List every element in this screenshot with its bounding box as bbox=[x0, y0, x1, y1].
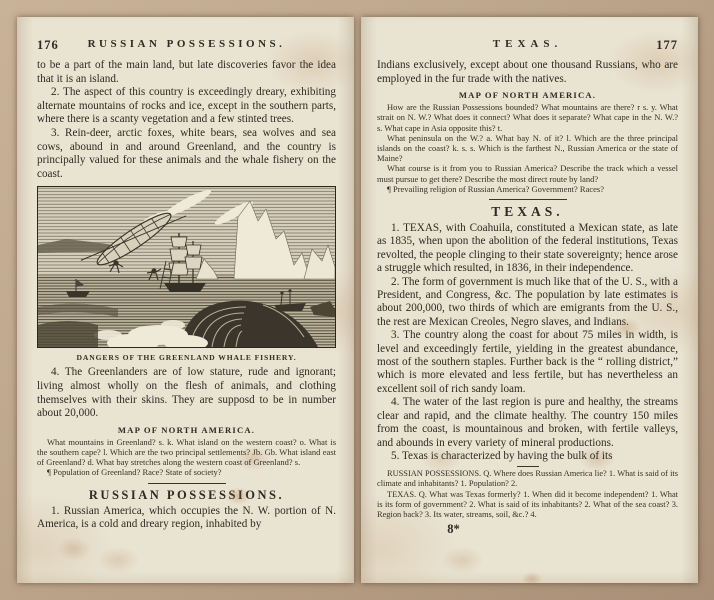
paragraph: 2. The form of government is much like t… bbox=[377, 276, 678, 330]
page-left-header: 176 RUSSIAN POSSESSIONS. bbox=[37, 38, 336, 54]
question-line: ¶ Population of Greenland? Race? State o… bbox=[37, 467, 336, 477]
page-right-header: TEXAS. 177 bbox=[377, 38, 678, 54]
paragraph: 1. TEXAS, with Coahuila, constituted a M… bbox=[377, 222, 678, 276]
paragraph: 2. The aspect of this country is exceedi… bbox=[37, 86, 336, 127]
whale-fishery-engraving-image bbox=[38, 187, 335, 347]
section-divider bbox=[148, 483, 226, 484]
figure-caption: DANGERS OF THE GREENLAND WHALE FISHERY. bbox=[37, 353, 336, 362]
page-number: 177 bbox=[656, 38, 678, 53]
footnote-line: RUSSIAN POSSESSIONS. Q. Where does Russi… bbox=[377, 469, 678, 489]
question-line: ¶ Prevailing religion of Russian America… bbox=[377, 184, 678, 194]
page-number: 176 bbox=[37, 38, 59, 53]
map-questions-heading: MAP OF NORTH AMERICA. bbox=[377, 90, 678, 100]
body-text: 1. Russian America, which occupies the N… bbox=[37, 505, 336, 532]
whale-fishery-figure: DANGERS OF THE GREENLAND WHALE FISHERY. bbox=[37, 186, 336, 362]
body-text: 4. The Greenlanders are of low stature, … bbox=[37, 366, 336, 420]
paragraph: 1. Russian America, which occupies the N… bbox=[37, 505, 336, 532]
paragraph: to be a part of the main land, but late … bbox=[37, 59, 336, 86]
section-divider bbox=[489, 199, 567, 200]
page-left-content: 176 RUSSIAN POSSESSIONS. to be a part of… bbox=[17, 17, 354, 583]
engraving-frame bbox=[37, 186, 336, 348]
footnote-line: TEXAS. Q. What was Texas formerly? 1. Wh… bbox=[377, 490, 678, 520]
paragraph: 3. The country along the coast for about… bbox=[377, 329, 678, 396]
paragraph: 4. The Greenlanders are of low stature, … bbox=[37, 366, 336, 420]
question-line: What peninsula on the W.? a. What bay N.… bbox=[377, 133, 678, 164]
map-questions: What mountains in Greenland? s. k. What … bbox=[37, 437, 336, 478]
footnote-divider bbox=[517, 466, 539, 467]
paragraph: 5. Texas is characterized by having the … bbox=[377, 450, 678, 463]
page-right-content: TEXAS. 177 Indians exclusively, except a… bbox=[361, 17, 698, 583]
review-questions-footnote: RUSSIAN POSSESSIONS. Q. Where does Russi… bbox=[377, 469, 678, 519]
question-line: What course is it from you to Russian Am… bbox=[377, 163, 678, 183]
running-head: RUSSIAN POSSESSIONS. bbox=[37, 38, 336, 50]
section-heading: TEXAS. bbox=[377, 204, 678, 220]
paragraph: 4. The water of the last region is pure … bbox=[377, 396, 678, 450]
page-right: TEXAS. 177 Indians exclusively, except a… bbox=[361, 17, 698, 583]
page-left: 176 RUSSIAN POSSESSIONS. to be a part of… bbox=[17, 17, 354, 583]
question-line: What mountains in Greenland? s. k. What … bbox=[37, 437, 336, 468]
question-line: How are the Russian Possessions bounded?… bbox=[377, 102, 678, 133]
foreground-water bbox=[38, 321, 98, 347]
section-heading: RUSSIAN POSSESSIONS. bbox=[37, 488, 336, 503]
paragraph: 3. Rein-deer, arctic foxes, white bears,… bbox=[37, 127, 336, 181]
running-head: TEXAS. bbox=[377, 38, 678, 50]
map-questions-heading: MAP OF NORTH AMERICA. bbox=[37, 425, 336, 435]
body-text: to be a part of the main land, but late … bbox=[37, 59, 336, 181]
book-photo: 176 RUSSIAN POSSESSIONS. to be a part of… bbox=[0, 0, 714, 600]
signature-mark: 8* bbox=[303, 522, 604, 537]
body-text: 1. TEXAS, with Coahuila, constituted a M… bbox=[377, 222, 678, 463]
map-questions: How are the Russian Possessions bounded?… bbox=[377, 102, 678, 194]
body-text: Indians exclusively, except about one th… bbox=[377, 59, 678, 86]
paragraph: Indians exclusively, except about one th… bbox=[377, 59, 678, 86]
